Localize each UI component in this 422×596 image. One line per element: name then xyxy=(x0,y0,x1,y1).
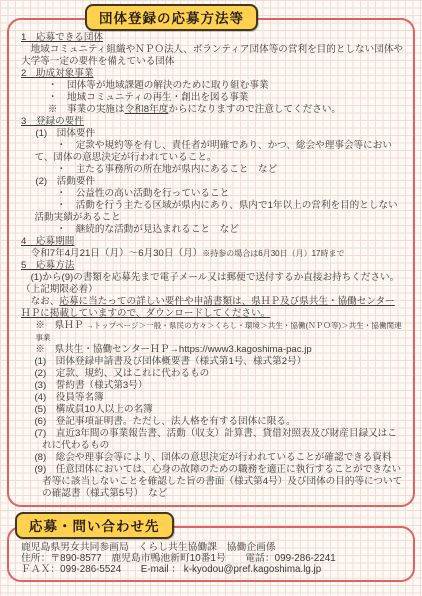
s3-heading: 3 登録の要件 xyxy=(21,116,404,128)
s5-item-2: (2) 定款、規約、又はこれに代わるもの xyxy=(21,368,404,380)
s5-item-4: (4) 役員等名簿 xyxy=(21,392,404,404)
s5-item-9: (9) 任意団体においては、心身の故障のための職務を適正に執行することができない… xyxy=(21,464,404,500)
s2-bullet-1: ・ 団体等が地域課題の解決のために取り組む事業 xyxy=(21,80,404,92)
s3-group2-label: (2) 活動要件 xyxy=(21,176,404,188)
s5-note1-path: →トップページ＞一般・県民の方々＞くらし・環境＞共生・協働(ＮＰＯ等)＞共生・協… xyxy=(35,321,401,342)
section-title-pill: 団体登録の応募方法等 xyxy=(85,4,258,31)
s5-note-pref-hp: ※ 県ＨＰ →トップページ＞一般・県民の方々＞くらし・環境＞共生・協働(ＮＰＯ等… xyxy=(21,320,404,344)
s2-note-pre: ※ 事業の実施は xyxy=(48,104,125,115)
contact-section: 応募・問い合わせ先 鹿児島県男女共同参画局 くらし共生協働課 協働企画係 住所：… xyxy=(7,512,415,582)
s3-group2-bullet-2: ・ 活動を行う主たる区域が県内にあり、県内で1年以上の営利を目的としない活動実績… xyxy=(21,200,404,224)
s4-period-line: 令和7年4月21日（月）～6月30日（月）※持参の場合は6月30日（月）17時ま… xyxy=(21,248,404,260)
s5-heading: 5 応募方法 xyxy=(21,260,404,272)
contact-title: 応募・問い合わせ先 xyxy=(29,519,160,534)
contact-address-phone: 住所：〒890-8577 鹿児島市鴨池新町10番1号 電話：099-286-22… xyxy=(21,554,401,565)
s1-heading: 1 応募できる団体 xyxy=(21,32,404,44)
s5-p2-pre: なお、 xyxy=(21,296,59,307)
s3-group2-bullet-1: ・ 公益性の高い活動を行っていること xyxy=(21,188,404,200)
s5-paragraph-1: (1)から(9)の書類を応募先まで電子メール又は郵便で送付するか直接お持ちくださ… xyxy=(21,272,404,296)
contact-title-pill: 応募・問い合わせ先 xyxy=(15,512,174,539)
s3-group1-bullet-1: ・ 定款や規約等を有し、責任者が明確であり、かつ、総会や理事会等において、団体の… xyxy=(21,140,404,164)
s5-note1-pre: ※ 県ＨＰ xyxy=(35,320,86,331)
s2-note-underlined: 令和8年度 xyxy=(125,104,169,115)
s3-group1-label: (1) 団体要件 xyxy=(21,128,404,140)
s2-note: ※ 事業の実施は令和8年度からになりますので注意してください。 xyxy=(21,104,404,116)
s5-item-8: (8) 総会や理事会等により、団体の意思決定が行われていることが確認できる資料 xyxy=(21,452,404,464)
s5-note-center-hp: ※ 県共生・協働センターＨＰ→https://www3.kagoshima-pa… xyxy=(21,344,404,356)
s2-note-post: からになりますので注意してください。 xyxy=(168,104,341,115)
s2-bullet-2: ・ 地域コミュニティの再生・創出を図る事業 xyxy=(21,92,404,104)
s4-period: 令和7年4月21日（月）～6月30日（月） xyxy=(21,248,202,259)
s5-p2-underlined: 応募に当たっての詳しい要件や申請書類は、県ＨＰ及び県共生・協働センターＨＰに掲載… xyxy=(21,296,395,319)
application-method-box: 1 応募できる団体 地域コミュニティ組織やＮＰＯ法人、ボランティア団体等の営利を… xyxy=(7,18,415,507)
s3-group2-bullet-3: ・ 継続的な活動が見込まれること など xyxy=(21,224,404,236)
s5-item-6: (6) 登記事項証明書。ただし、法人格を有する団体に限る。 xyxy=(21,416,404,428)
s5-paragraph-2: なお、応募に当たっての詳しい要件や申請書類は、県ＨＰ及び県共生・協働センターＨＰ… xyxy=(21,296,404,320)
application-method-section: 団体登録の応募方法等 1 応募できる団体 地域コミュニティ組織やＮＰＯ法人、ボラ… xyxy=(7,4,415,507)
s3-group1-bullet-2: ・ 主たる事務所の所在地が県内にあること など xyxy=(21,164,404,176)
s2-heading: 2 助成対象事業 xyxy=(21,68,404,80)
flyer-page: 団体登録の応募方法等 1 応募できる団体 地域コミュニティ組織やＮＰＯ法人、ボラ… xyxy=(0,0,422,582)
s5-item-7: (7) 直近3年間の事業報告書、活動（収支）計算書、貸借対照表及び財産目録又はこ… xyxy=(21,428,404,452)
s5-item-3: (3) 誓約書（様式第3号） xyxy=(21,380,404,392)
s4-period-note: ※持参の場合は6月30日（月）17時まで xyxy=(202,249,344,258)
s4-heading: 4 応募期間 xyxy=(21,236,404,248)
s5-item-1: (1) 団体登録申請書及び団体概要書（様式第1号、様式第2号） xyxy=(21,356,404,368)
contact-fax-email: ＦＡＸ：099-286-5524 E-mail ： k-kyodou@pref.… xyxy=(21,565,401,576)
section-title: 団体登録の応募方法等 xyxy=(99,11,244,26)
s1-body: 地域コミュニティ組織やＮＰＯ法人、ボランティア団体等の営利を目的としない団体や大… xyxy=(21,44,404,68)
s5-item-5: (5) 構成員10人以上の名簿 xyxy=(21,404,404,416)
